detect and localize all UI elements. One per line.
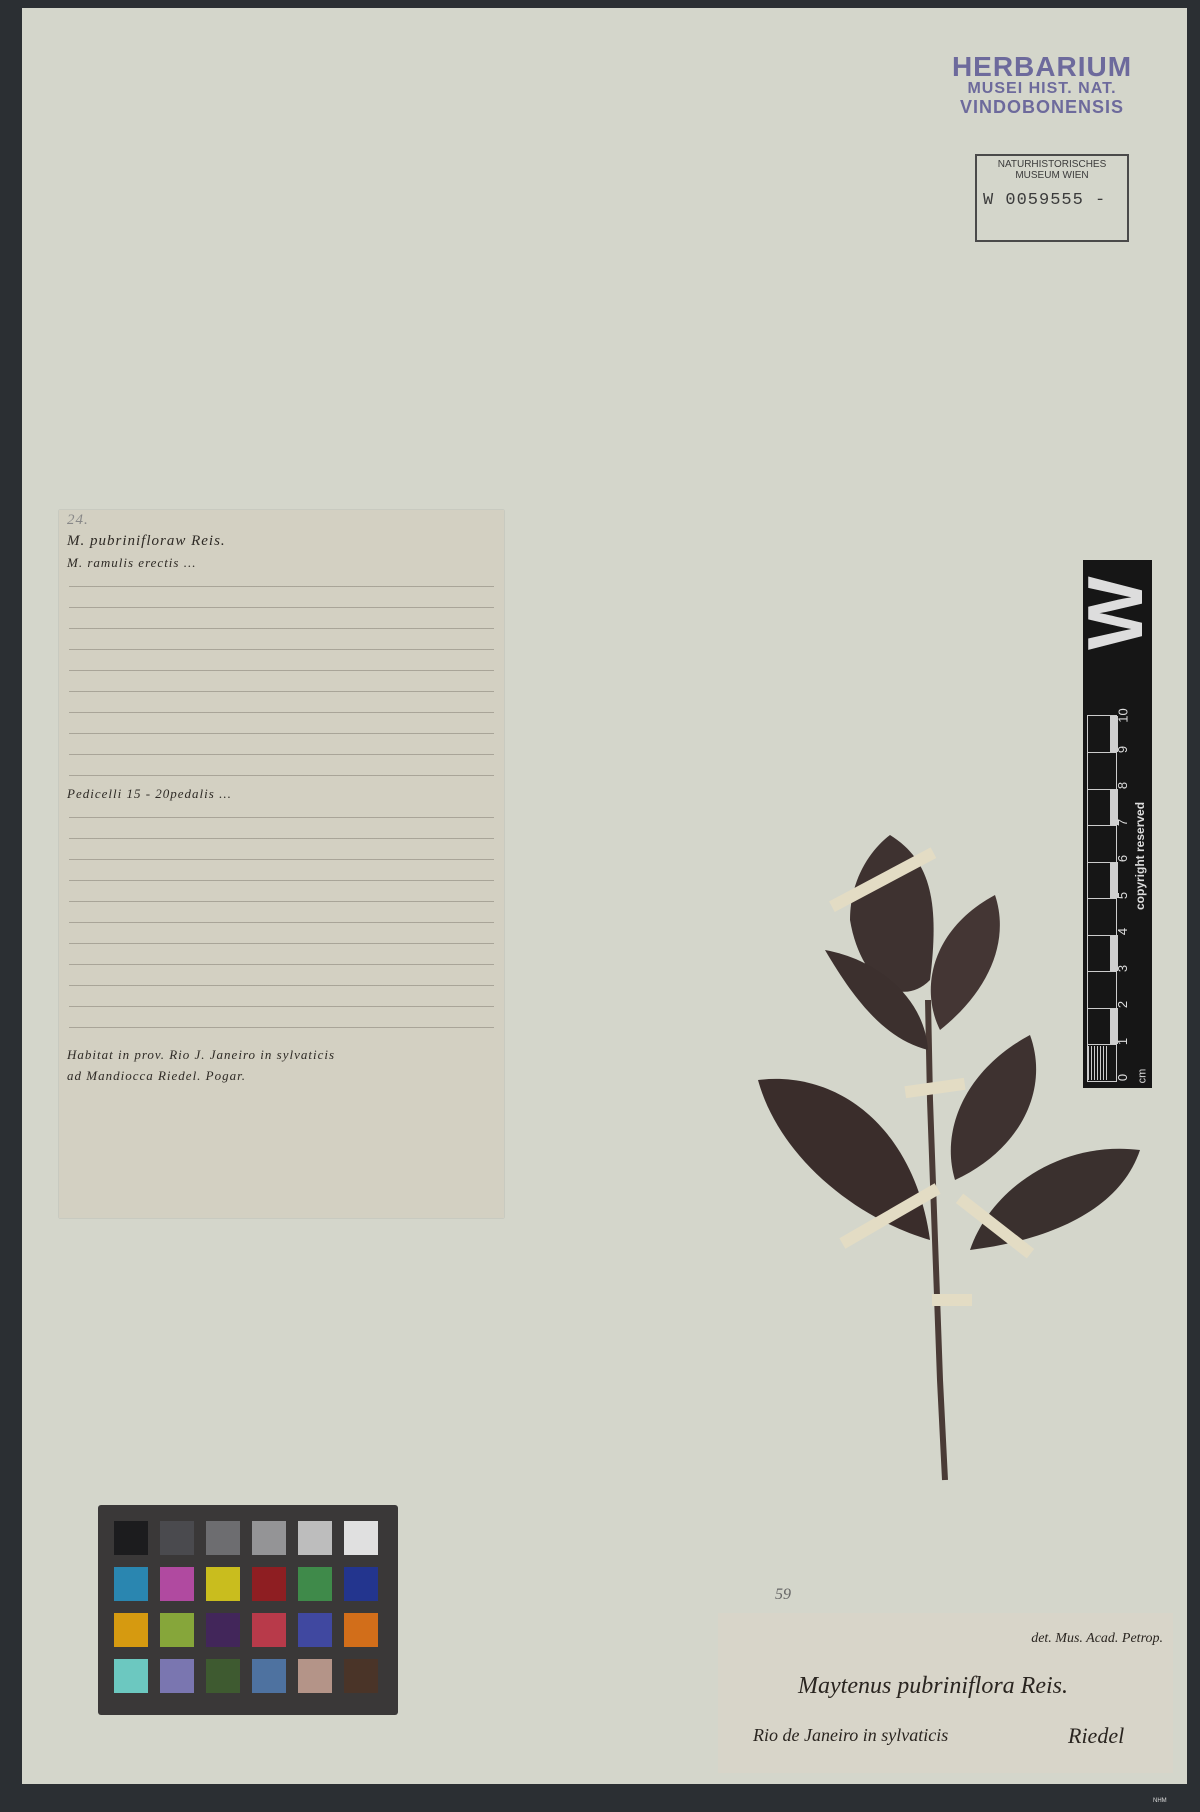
note-number: 24. [59, 510, 504, 531]
stamp-line: VINDOBONENSIS [942, 98, 1142, 117]
color-patch [252, 1659, 286, 1693]
color-patch [298, 1567, 332, 1601]
herbarium-stamp: HERBARIUM MUSEI HIST. NAT. VINDOBONENSIS [942, 52, 1142, 117]
color-patch [160, 1567, 194, 1601]
color-patch [298, 1659, 332, 1693]
museum-barcode-stamp: NATURHISTORISCHES MUSEUM WIEN W 0059555 … [975, 154, 1129, 242]
color-calibration-chart [98, 1505, 398, 1715]
sheet-number: 59 [775, 1586, 791, 1604]
stamp-line: MUSEI HIST. NAT. [942, 81, 1142, 98]
ruler-tick [1088, 752, 1116, 753]
determination-label: det. Mus. Acad. Petrop. Maytenus pubrini… [718, 1613, 1173, 1773]
color-patch [206, 1567, 240, 1601]
determiner: det. Mus. Acad. Petrop. [1031, 1631, 1163, 1647]
color-patch [298, 1613, 332, 1647]
handwritten-description-note: 24. M. pubrinifloraw Reis. M. ramulis er… [59, 510, 504, 1218]
color-patch [252, 1613, 286, 1647]
note-line: M. ramulis erectis ... [59, 552, 504, 573]
color-patch [206, 1659, 240, 1693]
locality: Rio de Janeiro in sylvaticis [753, 1725, 948, 1746]
ruler-tick [1088, 789, 1116, 790]
note-line: ad Mandiocca Riedel. Pogar. [59, 1065, 504, 1086]
color-patch [344, 1659, 378, 1693]
color-patch [160, 1613, 194, 1647]
color-patch [114, 1613, 148, 1647]
stamp-line: MUSEUM WIEN [977, 171, 1127, 182]
color-patch [252, 1521, 286, 1555]
scale-label: 8 [1115, 782, 1130, 789]
stamp-line: NATURHISTORISCHES [977, 160, 1127, 171]
note-illegible-text [69, 573, 494, 783]
color-patch [206, 1613, 240, 1647]
note-line: Habitat in prov. Rio J. Janeiro in sylva… [59, 1044, 504, 1065]
barcode-number: W 0059555 - [983, 191, 1127, 210]
taxon-name: Maytenus pubriniflora Reis. [798, 1673, 1068, 1700]
color-patch [252, 1567, 286, 1601]
note-illegible-text [69, 804, 494, 1044]
color-patch [160, 1659, 194, 1693]
note-title: M. pubrinifloraw Reis. [59, 531, 504, 552]
note-line: Pedicelli 15 - 20pedalis ... [59, 783, 504, 804]
collector: Riedel [1068, 1723, 1124, 1749]
color-patch [344, 1521, 378, 1555]
color-patch [344, 1613, 378, 1647]
scale-label: 9 [1115, 746, 1130, 753]
pressed-plant-specimen [750, 820, 1150, 1500]
stamp-line: HERBARIUM [942, 52, 1142, 81]
color-patch [344, 1567, 378, 1601]
museum-logo-w: W [1085, 590, 1145, 650]
color-patch [298, 1521, 332, 1555]
scale-label: 10 [1116, 708, 1131, 722]
color-patch [114, 1567, 148, 1601]
color-patch [160, 1521, 194, 1555]
color-patch [114, 1659, 148, 1693]
corner-logo: NHM [1153, 1798, 1167, 1804]
color-patch [206, 1521, 240, 1555]
color-patch [114, 1521, 148, 1555]
